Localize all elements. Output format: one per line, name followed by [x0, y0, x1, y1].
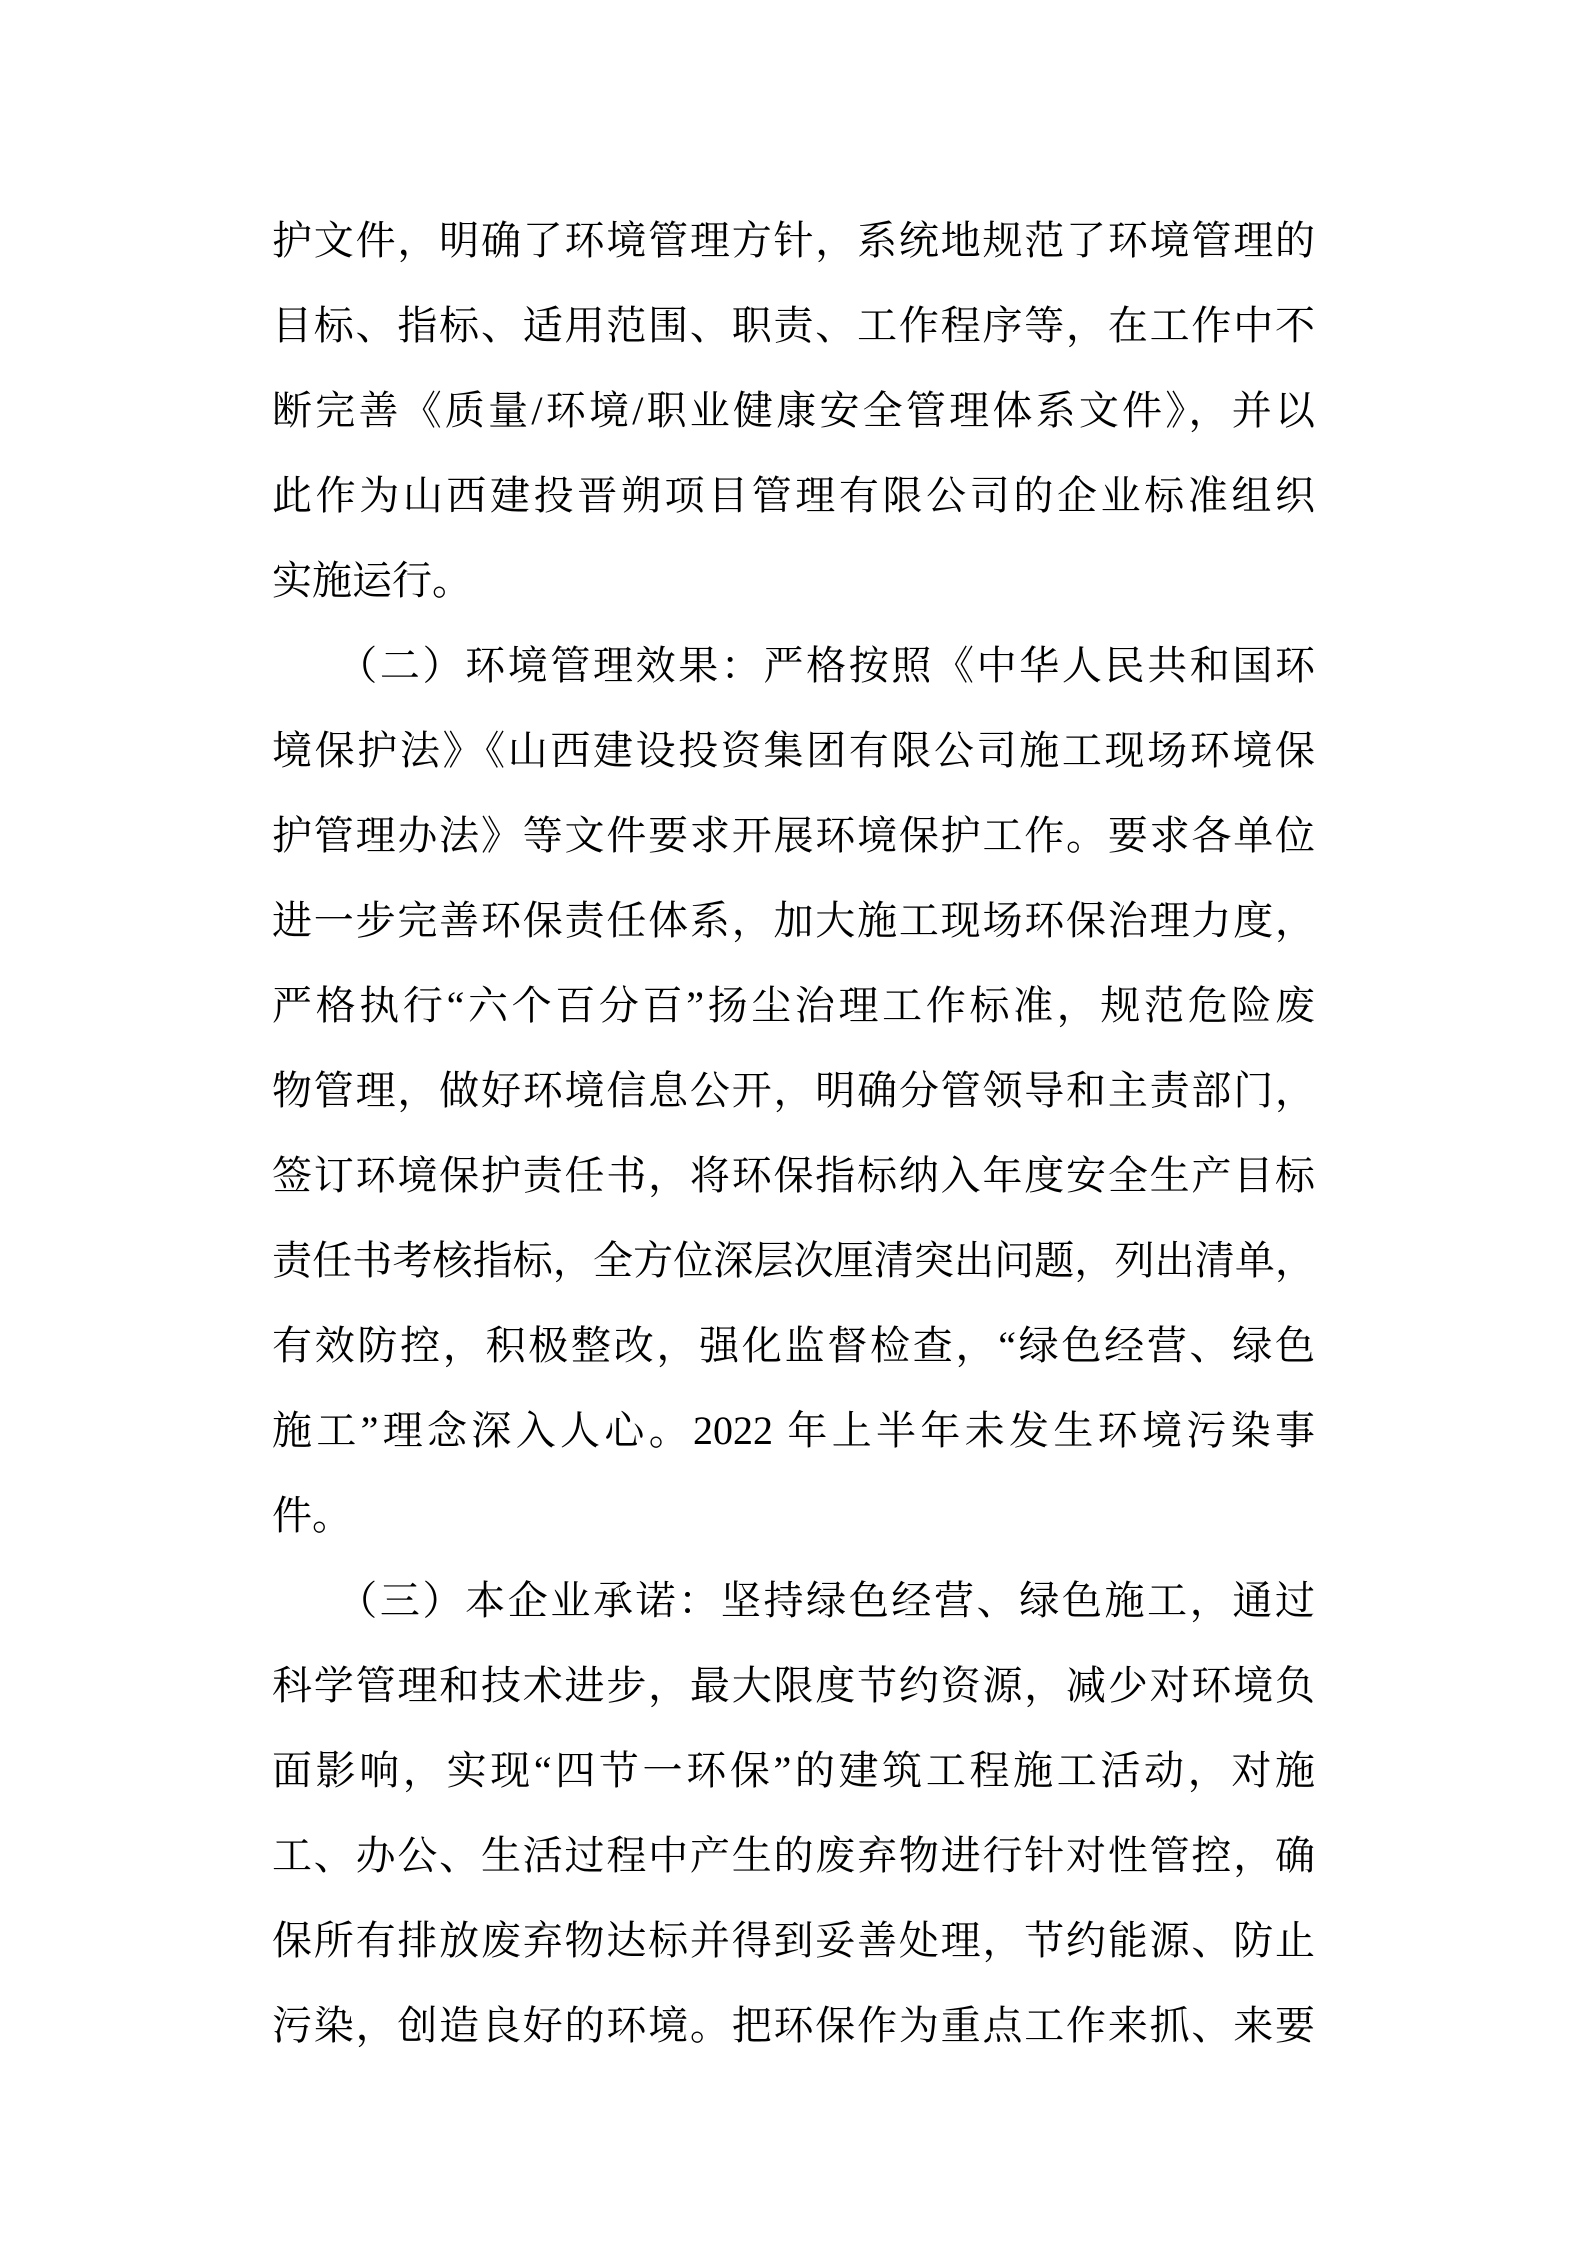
paragraph-2-environment-management-results: （二）环境管理效果：严格按照《中华人民共和国环 境保护法》《山西建设投资集团有限… — [272, 623, 1315, 1558]
text-line: 境保护法》《山西建设投资集团有限公司施工现场环境保 — [272, 708, 1315, 793]
text-line: 施工”理念深入人心。2022 年上半年未发生环境污染事 — [272, 1388, 1315, 1473]
text-line: 有效防控，积极整改，强化监督检查，“绿色经营、绿色 — [272, 1303, 1315, 1388]
paragraph-3-enterprise-commitment: （三）本企业承诺：坚持绿色经营、绿色施工，通过 科学管理和技术进步，最大限度节约… — [272, 1558, 1315, 2068]
text-line: 护文件，明确了环境管理方针，系统地规范了环境管理的 — [272, 198, 1315, 283]
text-line: 护管理办法》等文件要求开展环境保护工作。要求各单位 — [272, 793, 1315, 878]
text-line: 物管理，做好环境信息公开，明确分管领导和主责部门， — [272, 1048, 1315, 1133]
text-line: 断完善《质量/环境/职业健康安全管理体系文件》，并以 — [272, 368, 1315, 453]
text-line: 工、办公、生活过程中产生的废弃物进行针对性管控，确 — [272, 1813, 1315, 1898]
text-line: 目标、指标、适用范围、职责、工作程序等，在工作中不 — [272, 283, 1315, 368]
text-line: 此作为山西建投晋朔项目管理有限公司的企业标准组织 — [272, 453, 1315, 538]
text-line: 严格执行“六个百分百”扬尘治理工作标准，规范危险废 — [272, 963, 1315, 1048]
text-line: 责任书考核指标，全方位深层次厘清突出问题，列出清单， — [272, 1218, 1315, 1303]
text-line: 保所有排放废弃物达标并得到妥善处理，节约能源、防止 — [272, 1898, 1315, 1983]
paragraph-1-continuation: 护文件，明确了环境管理方针，系统地规范了环境管理的 目标、指标、适用范围、职责、… — [272, 198, 1315, 623]
text-line: （三）本企业承诺：坚持绿色经营、绿色施工，通过 — [272, 1558, 1315, 1643]
text-line: 面影响，实现“四节一环保”的建筑工程施工活动，对施 — [272, 1728, 1315, 1813]
text-line: 科学管理和技术进步，最大限度节约资源，减少对环境负 — [272, 1643, 1315, 1728]
text-line: 进一步完善环保责任体系，加大施工现场环保治理力度， — [272, 878, 1315, 963]
text-block: 护文件，明确了环境管理方针，系统地规范了环境管理的 目标、指标、适用范围、职责、… — [272, 198, 1315, 2068]
text-line: 污染，创造良好的环境。把环保作为重点工作来抓、来要 — [272, 1983, 1315, 2068]
text-line: 签订环境保护责任书，将环保指标纳入年度安全生产目标 — [272, 1133, 1315, 1218]
document-page: 护文件，明确了环境管理方针，系统地规范了环境管理的 目标、指标、适用范围、职责、… — [0, 0, 1587, 2245]
text-line: 件。 — [272, 1473, 1315, 1558]
text-line: （二）环境管理效果：严格按照《中华人民共和国环 — [272, 623, 1315, 708]
text-line: 实施运行。 — [272, 538, 1315, 623]
